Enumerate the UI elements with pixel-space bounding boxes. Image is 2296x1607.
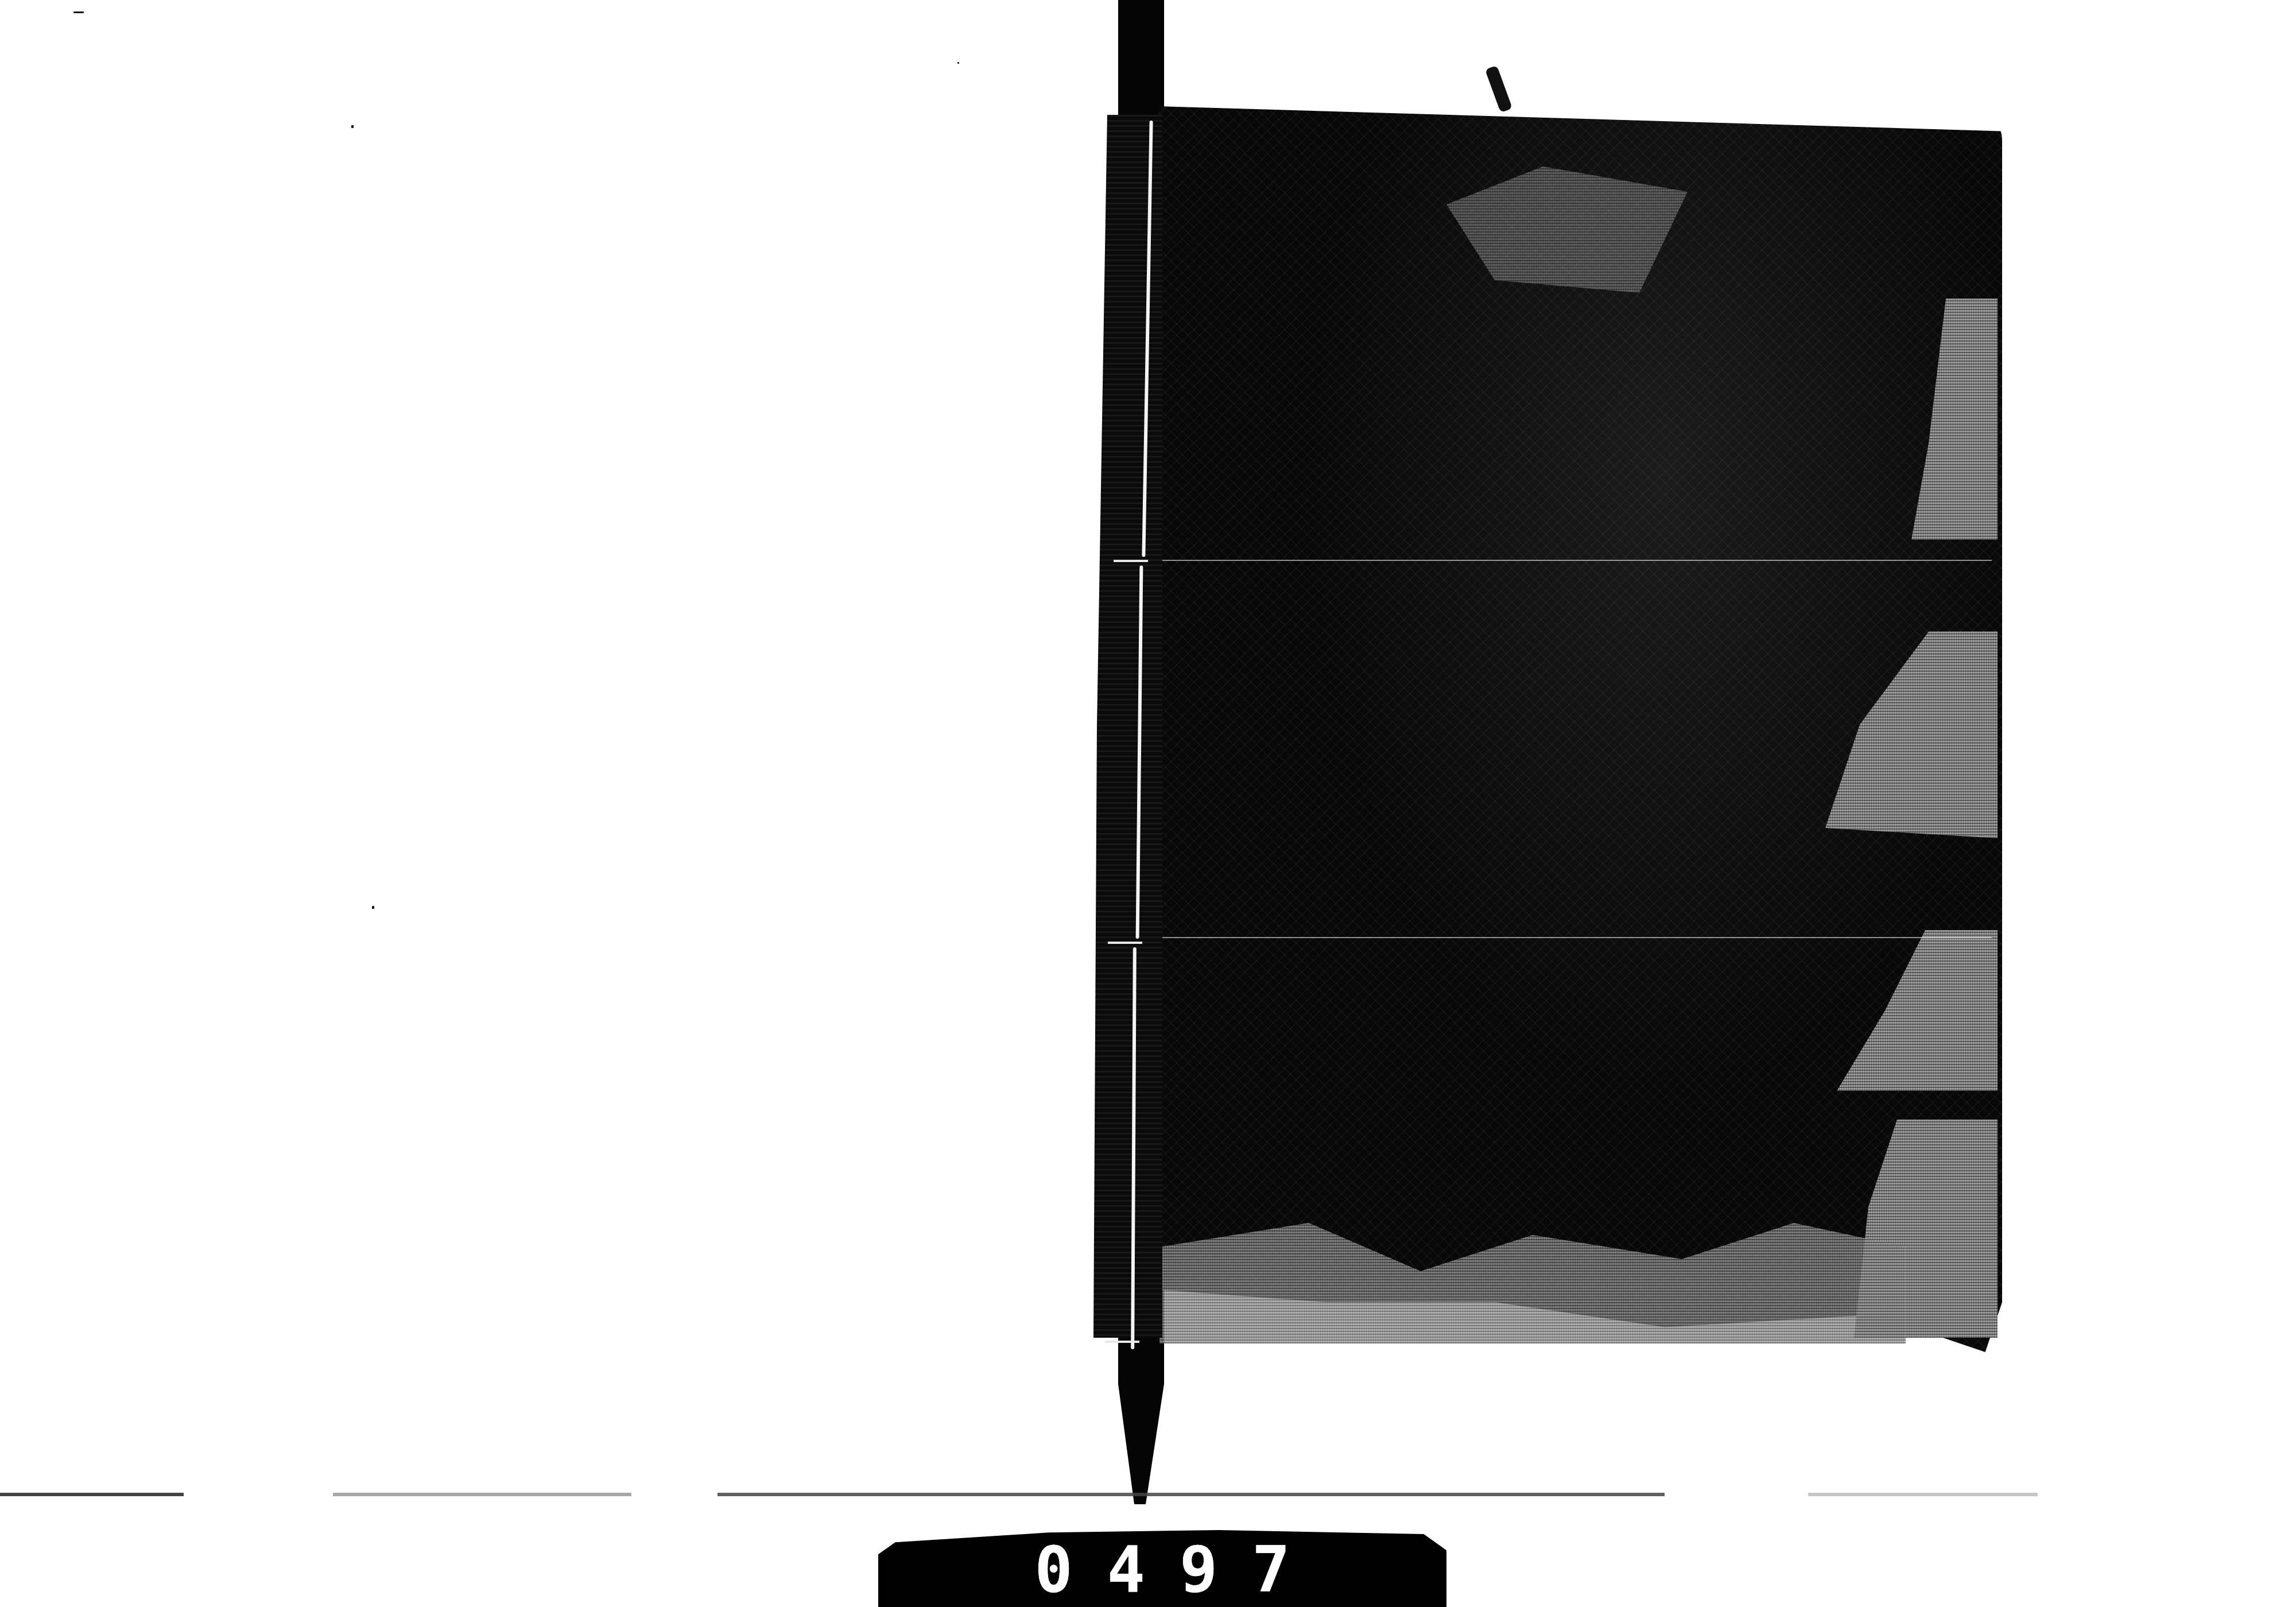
baseline-rule bbox=[0, 1493, 2296, 1496]
torn-fragment bbox=[1485, 65, 1512, 113]
frame-number: 0497 bbox=[1000, 1533, 1325, 1606]
scan-page: 0497 bbox=[0, 0, 2296, 1607]
binding-stitch bbox=[1108, 942, 1142, 944]
scan-crease bbox=[1142, 937, 1992, 938]
dust-speck bbox=[351, 125, 354, 128]
dust-speck bbox=[957, 62, 959, 64]
binding-stitch bbox=[1105, 1341, 1139, 1343]
scan-crease bbox=[1142, 560, 1992, 561]
dust-speck bbox=[372, 906, 374, 909]
worn-patch bbox=[1159, 1223, 1906, 1343]
binding-stitch bbox=[1114, 560, 1148, 562]
spine-binding bbox=[1093, 115, 1162, 1338]
frame-number-label: 0497 bbox=[878, 1526, 1446, 1607]
dust-speck bbox=[73, 11, 84, 13]
